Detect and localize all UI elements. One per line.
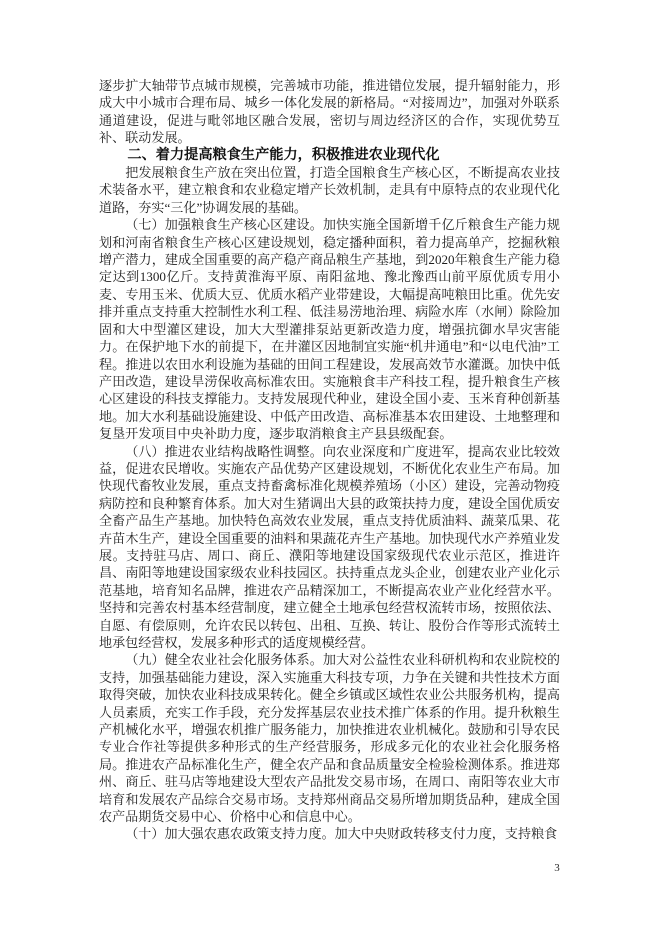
section-heading: 二、着力提高粮食生产能力，积极推进农业现代化 [99,147,560,164]
paragraph-intro: 把发展粮食生产放在突出位置，打造全国粮食生产核心区，不断提高农业技术装备水平，建… [99,164,560,216]
paragraph-continuation: 逐步扩大轴带节点城市规模，完善城市功能，推进错位发展，提升辐射能力，形成大中小城… [99,77,560,147]
paragraph-item-10: （十）加大强农惠农政策支持力度。加大中央财政转移支付力度，支持粮食 [99,825,560,842]
document-body: 逐步扩大轴带节点城市规模，完善城市功能，推进错位发展，提升辐射能力，形成大中小城… [99,77,560,843]
paragraph-item-9: （九）健全农业社会化服务体系。加大对公益性农业科研机构和农业院校的支持，加强基础… [99,651,560,825]
document-page: 逐步扩大轴带节点城市规模，完善城市功能，推进错位发展，提升辐射能力，形成大中小城… [0,0,661,935]
paragraph-item-8: （八）推进农业结构战略性调整。向农业深度和广度进军，提高农业比较效益，促进农民增… [99,443,560,652]
page-number: 3 [549,861,565,875]
paragraph-item-7: （七）加强粮食生产核心区建设。加快实施全国新增千亿斤粮食生产能力规划和河南省粮食… [99,216,560,442]
